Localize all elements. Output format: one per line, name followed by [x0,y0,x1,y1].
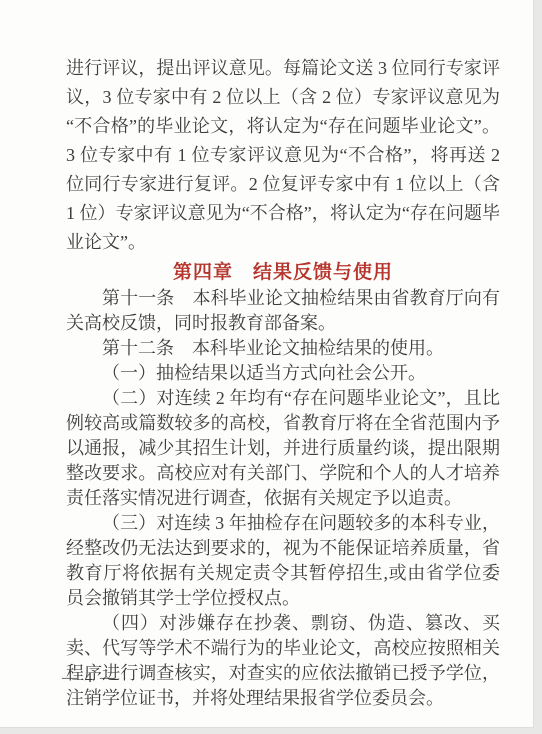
section-review-rules: 进行评议，提出评议意见。每篇论文送 3 位同行专家评议，3 位专家中有 2 位以… [66,54,500,257]
paragraph-item-2: （二）对连续 2 年均有“存在问题毕业论文”，且比例较高或篇数较多的高校，省教育… [66,386,500,511]
paragraph-item-3: （三）对连续 3 年抽检存在问题较多的本科专业，经整改仍无法达到要求的，视为不能… [66,511,500,611]
paragraph-item-1: （一）抽检结果以适当方式向社会公开。 [66,361,500,386]
paragraph-article-11: 第十一条 本科毕业论文抽检结果由省教育厅向有关高校反馈，同时报教育部备案。 [66,286,500,336]
paragraph-article-12: 第十二条 本科毕业论文抽检结果的使用。 [66,336,500,361]
chapter-heading: 第四章 结果反馈与使用 [66,260,500,286]
paragraph-item-4: （四）对涉嫌存在抄袭、剽窃、伪造、篡改、买卖、代写等学术不端行为的毕业论文，高校… [66,611,500,711]
page-number: — 4 — [62,670,117,687]
paragraph-review-procedure: 进行评议，提出评议意见。每篇论文送 3 位同行专家评议，3 位专家中有 2 位以… [66,54,500,257]
document-page: 进行评议，提出评议意见。每篇论文送 3 位同行专家评议，3 位专家中有 2 位以… [0,0,534,728]
section-result-feedback: 第十一条 本科毕业论文抽检结果由省教育厅向有关高校反馈，同时报教育部备案。 第十… [66,286,500,711]
document-body: 进行评议，提出评议意见。每篇论文送 3 位同行专家评议，3 位专家中有 2 位以… [66,54,500,711]
